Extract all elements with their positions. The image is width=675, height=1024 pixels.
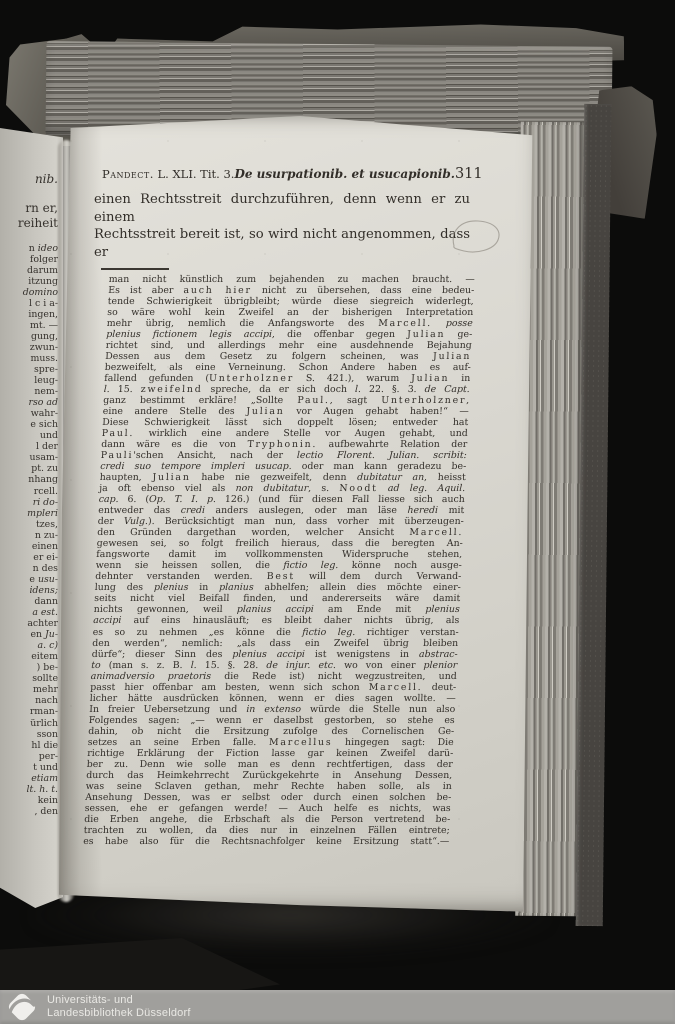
text-fragment: ürlich	[0, 718, 58, 729]
footnote-line: setzes an seine Erben falle. Marcellus h…	[87, 737, 454, 748]
text-fragment: darum	[0, 265, 58, 276]
footnote-line: fangsworte damit im vollkommensten Wider…	[96, 549, 463, 560]
text-fragment: e sich	[0, 419, 58, 430]
left-page-sliver: nib.rn er,reiheit n ideofolgerdarumitzun…	[0, 128, 63, 908]
text-fragment: pt. zu	[0, 463, 58, 474]
text-fragment: t und	[0, 762, 58, 773]
footnote-line: eine andere Stelle des Julian vor Augen …	[102, 406, 469, 417]
footnote-line: Paul. wirklich eine andere Stelle vor Au…	[101, 428, 468, 439]
text-fragment: l c i a-	[0, 298, 58, 309]
footnote-line: passt hier offenbar am besten, wenn sich…	[90, 682, 457, 693]
footnote-line: es so zu nehmen „es könne die fictio leg…	[92, 627, 459, 638]
text-fragment: l der	[0, 441, 58, 452]
footnote-line: durch das Heimkehrrecht Zurückgekehrte i…	[86, 770, 453, 781]
body-text-line: einen Rechtsstreit durchzuführen, denn w…	[94, 191, 470, 226]
text-fragment: per-	[0, 751, 58, 762]
text-fragment: er ei-	[0, 552, 58, 563]
footnote-line: dehnter verstanden werden. Best will dem…	[95, 571, 462, 582]
text-fragment: eitem	[0, 651, 58, 662]
text-fragment: achter	[0, 618, 58, 629]
ulb-logo-icon	[3, 990, 41, 1024]
text-fragment: tzes,	[0, 519, 58, 530]
text-fragment: domino	[0, 287, 58, 298]
footnote-line: Es ist aber auch hier nicht zu übersehen…	[108, 285, 475, 296]
text-fragment: kein	[0, 795, 58, 806]
running-head-section: Pandect.	[102, 167, 154, 181]
body-text-line: Rechtsstreit bereit ist, so wird nicht a…	[94, 226, 470, 261]
footnote-line: dann wäre es die von Tryphonin. aufbewah…	[101, 439, 468, 450]
text-fragment: ri do-	[0, 497, 58, 508]
footnote-line: Diese Schwierigkeit lässt sich doppelt l…	[102, 417, 469, 428]
text-fragment: rn er,	[0, 201, 58, 217]
footnote-line: animadversio praetoris die Rede ist) nic…	[90, 671, 457, 682]
library-name: Universitäts- und Landesbibliothek Düsse…	[47, 994, 191, 1021]
footnote-line: die Erben angehe, die Erbschaft als die …	[84, 814, 451, 825]
text-fragment: muss.	[0, 353, 58, 364]
text-fragment: n zu-	[0, 530, 58, 541]
text-fragment: lt. h. t.	[0, 784, 58, 795]
footnote-line: In freier Uebersetzung und in extenso wü…	[89, 704, 456, 715]
text-fragment: zwun-	[0, 342, 58, 353]
text-fragment: mehr	[0, 684, 58, 695]
text-fragment: rman-	[0, 706, 58, 717]
text-fragment: folger	[0, 254, 58, 265]
text-fragment: leug-	[0, 375, 58, 386]
text-fragment: n ideo	[0, 243, 58, 254]
footnote-line: wenn sie heissen sollen, die fictio leg.…	[95, 560, 462, 571]
text-fragment: nhang	[0, 474, 58, 485]
footnote-line: cap. 6. (Op. T. I. p. 126.) (und für die…	[98, 494, 465, 505]
footnote-line: trachten zu wollen, da dies nur in einze…	[83, 825, 450, 836]
library-name-line1: Universitäts- und	[47, 994, 191, 1008]
scanned-book-photo: nib.rn er,reiheit n ideofolgerdarumitzun…	[0, 0, 675, 1024]
footnote-line: licher hätte ausdrücken können, wenn er …	[89, 693, 456, 704]
pen-mark	[446, 212, 510, 264]
text-fragment: a est.	[0, 607, 58, 618]
footnote-line: fallend gefunden (Unterholzner S. 421.),…	[104, 373, 471, 384]
running-head: Pandect. L. XLI. Tit. 3. De usurpationib…	[102, 166, 460, 182]
footnote-line: Pauli'schen Ansicht, nach der lectio Flo…	[100, 450, 467, 461]
left-page-footnote-fragments: n ideofolgerdarumitzungdominol c i a-ing…	[0, 243, 58, 817]
footnote-line: den werden“, nemlich: „als dass ein Zwei…	[92, 638, 459, 649]
text-fragment: nach	[0, 695, 58, 706]
book-page: Pandect. L. XLI. Tit. 3. De usurpationib…	[58, 112, 544, 914]
footnote-line: plenius fictionem legis accipi, die offe…	[106, 329, 473, 340]
footnote-line: tende Schwierigkeit übrigbleibt; würde d…	[107, 296, 474, 307]
footnote-block: man nicht künstlich zum bejahenden zu ma…	[83, 274, 475, 847]
text-fragment: spre-	[0, 364, 58, 375]
text-fragment: mpleri	[0, 508, 58, 519]
text-fragment: einen	[0, 541, 58, 552]
footnote-line: gewesen sei, so folgt freilich hieraus, …	[96, 538, 463, 549]
footnote-line: richtige Erklärung der Fiction lasse gar…	[87, 748, 454, 759]
footnote-line: es habe also für die Rechtsnachfolger ke…	[83, 836, 450, 847]
footnote-line: credi suo tempore impleri usucap. oder m…	[100, 461, 467, 472]
footnote-line: to (man s. z. B. l. 15. §. 28. de injur.…	[91, 660, 458, 671]
text-fragment: sson	[0, 729, 58, 740]
text-fragment: sollte	[0, 673, 58, 684]
footnote-line: haupten, Julian habe nie gezweifelt, den…	[99, 472, 466, 483]
text-fragment: und	[0, 430, 58, 441]
footnote-line: seits nicht viel Beifall finden, und and…	[94, 593, 461, 604]
text-fragment: mt. —	[0, 320, 58, 331]
footnote-line: sessen, ehe er gefangen werde! — Auch he…	[84, 803, 451, 814]
footnote-line: richtet sind, und allerdings mehr eine a…	[105, 340, 472, 351]
text-fragment: nem-	[0, 386, 58, 397]
main-text-paragraph: einen Rechtsstreit durchzuführen, denn w…	[94, 191, 470, 261]
left-page-header-fragments: nib.rn er,reiheit	[0, 172, 58, 232]
footnote-line: l. 15. zweifelnd spreche, da er sich doc…	[103, 384, 470, 395]
footnote-line: nichts gewonnen, weil planius accipi am …	[93, 604, 460, 615]
footnote-line: Folgendes sagen: „— wenn er daselbst ges…	[88, 715, 455, 726]
footnote-line: den Gründen dargethan worden, welcher An…	[97, 527, 464, 538]
footnote-line: so wäre wohl kein Zweifel an der bisheri…	[107, 307, 474, 318]
text-fragment: rcell.	[0, 486, 58, 497]
footnote-line: entweder das credi anders auslegen, oder…	[98, 505, 465, 516]
text-fragment: , den	[0, 806, 58, 817]
running-head-title: De usurpationib. et usucapionib.	[234, 167, 455, 181]
text-fragment: idens;	[0, 585, 58, 596]
footnote-line: Dessen aus dem Gesetz zu folgern scheine…	[105, 351, 472, 362]
footnote-line: Ansehung Dessen, was er selbst oder durc…	[85, 792, 452, 803]
text-fragment: rso ad	[0, 397, 58, 408]
text-fragment: dann	[0, 596, 58, 607]
library-name-line2: Landesbibliothek Düsseldorf	[47, 1007, 191, 1021]
footnote-line: lung des plenius in planius abhelfen; al…	[94, 582, 461, 593]
footnote-line: dürfe“; dieser Sinn des plenius accipi i…	[91, 649, 458, 660]
running-head-left: Pandect. L. XLI. Tit. 3.	[102, 167, 234, 181]
footnote-line: bezweifelt, als eine Verneinung. Schon A…	[104, 362, 471, 373]
text-fragment: usam-	[0, 452, 58, 463]
text-fragment: e usu-	[0, 574, 58, 585]
footnote-line: was seine Sclaven gethan, mehr Rechte ha…	[85, 781, 452, 792]
page-content: Pandect. L. XLI. Tit. 3. De usurpationib…	[94, 166, 478, 847]
text-fragment: hl die	[0, 740, 58, 751]
footnote-line: ganz bestimmt erkläre! „Sollte Paul., sa…	[103, 395, 470, 406]
text-fragment: ingen,	[0, 309, 58, 320]
text-fragment: nib.	[0, 172, 58, 188]
text-fragment: gung,	[0, 331, 58, 342]
footnote-line: der Vulg.). Berücksichtigt man nun, dass…	[97, 516, 464, 527]
footnote-separator-rule	[101, 268, 169, 270]
running-head-citation: L. XLI. Tit. 3.	[158, 167, 235, 181]
text-fragment: n des	[0, 563, 58, 574]
text-fragment: a. c)	[0, 640, 58, 651]
footnote-line: accipi auf eins hinausläuft; es bleibt d…	[93, 615, 460, 626]
footnote-line: man nicht künstlich zum bejahenden zu ma…	[108, 274, 475, 285]
footnote-line: ber zu. Denn wie solle man es denn recht…	[86, 759, 453, 770]
page-number: 311	[455, 166, 483, 182]
text-fragment: wahr-	[0, 408, 58, 419]
footnote-line: ja oft ebenso viel als non dubitatur, s.…	[99, 483, 466, 494]
text-fragment: reiheit	[0, 216, 58, 232]
library-banner: Universitäts- und Landesbibliothek Düsse…	[0, 990, 675, 1024]
text-fragment: itzung	[0, 276, 58, 287]
footnote-line: mehr übrig, nemlich die Anfangsworte des…	[106, 318, 473, 329]
text-fragment: etiam	[0, 773, 58, 784]
text-fragment: ) be-	[0, 662, 58, 673]
footnote-line: dahin, ob nicht die Ersitzung zufolge de…	[88, 726, 455, 737]
text-fragment: en Ju-	[0, 629, 58, 640]
